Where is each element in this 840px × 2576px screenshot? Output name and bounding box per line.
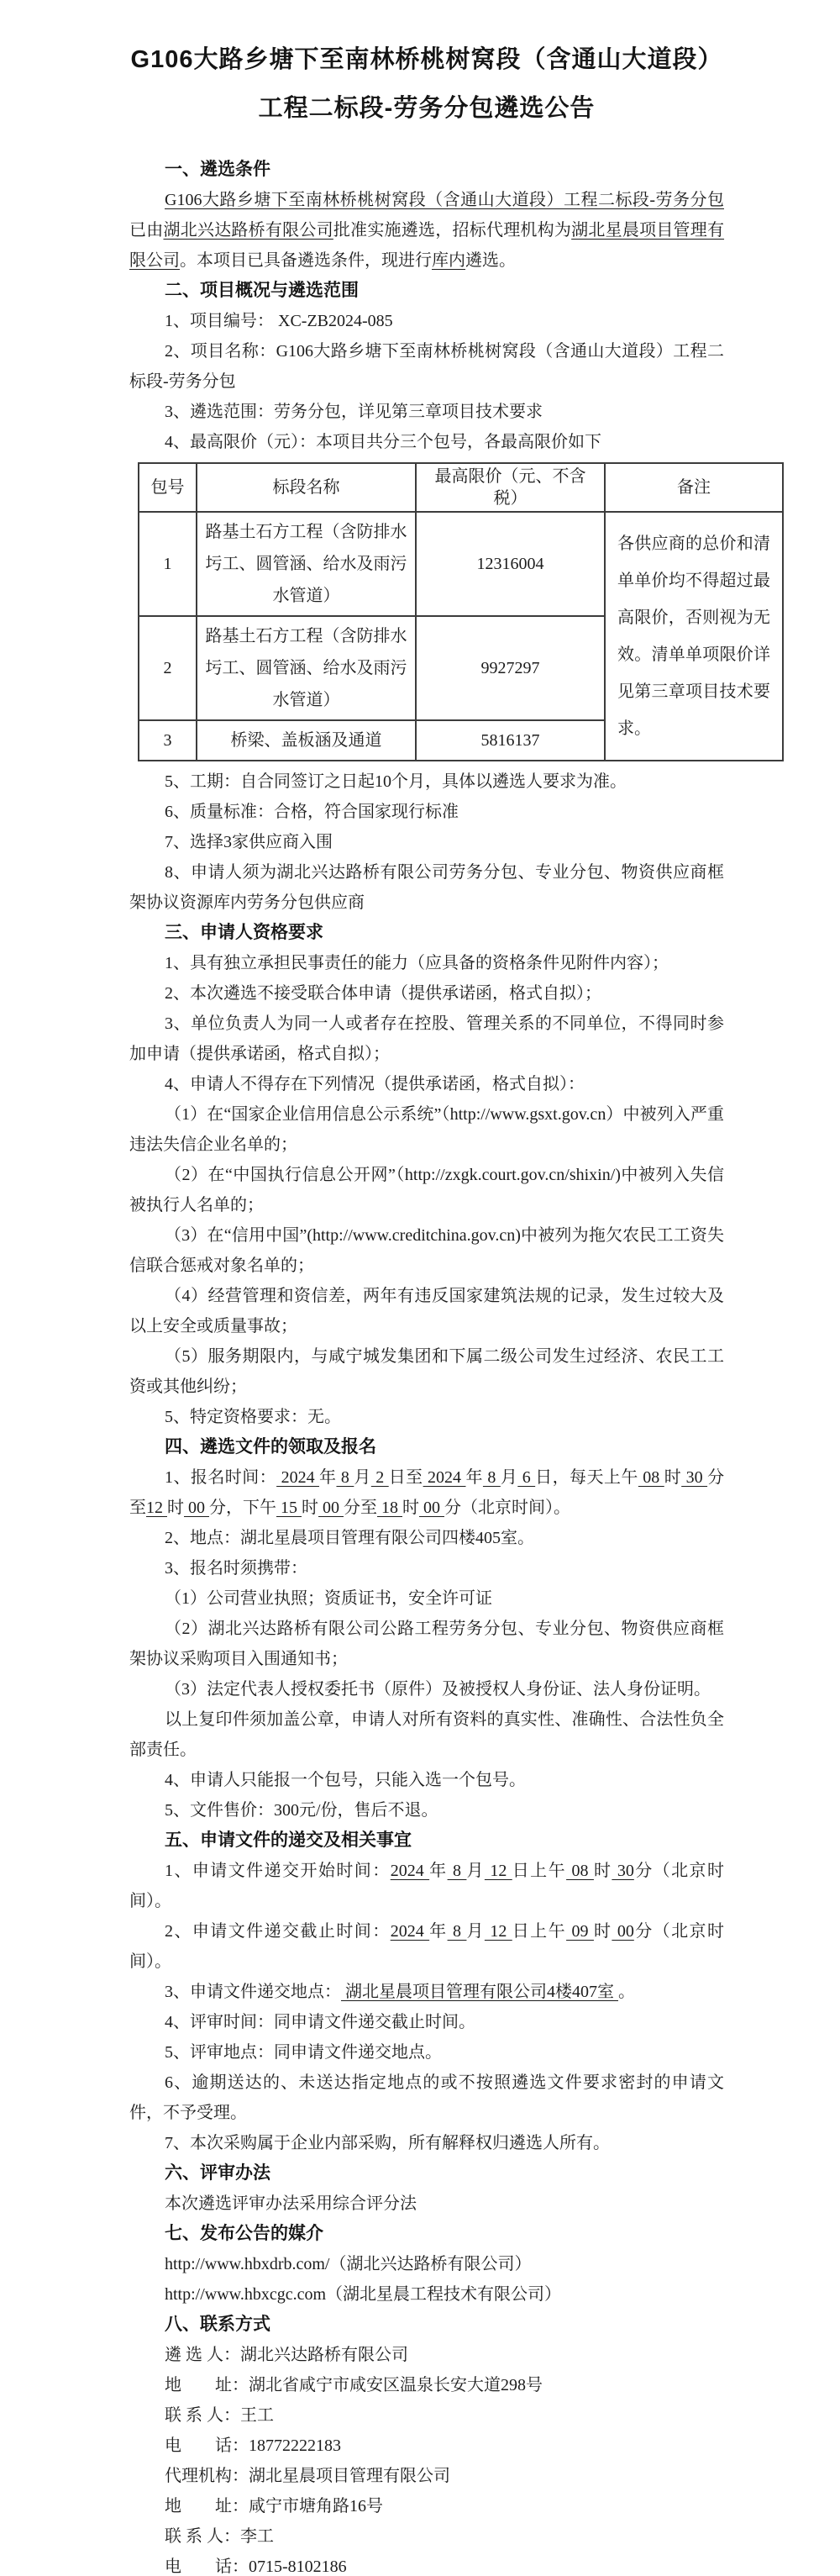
text-run: 地 址：咸宁市塘角路16号 [165,2497,383,2515]
text-run: 。 [618,1983,635,2001]
text-run: （2）在“中国执行信息公开网”（http://zxgk.court.gov.cn… [129,1166,724,1214]
table-header-cell: 标段名称 [197,463,416,512]
underlined-text: 8 [448,1922,467,1941]
underlined-text: 08 [566,1862,594,1880]
paragraph: 5、工期：自合同签订之日起10个月，具体以遴选人要求为准。 [129,766,724,797]
text-run: 8、申请人须为湖北兴达路桥有限公司劳务分包、专业分包、物资供应商框架协议资源库内… [129,863,724,912]
table-cell: 5816137 [416,720,605,761]
text-run: 7、本次采购属于企业内部采购，所有解释权归遴选人所有。 [165,2134,610,2152]
paragraph: 5、评审地点：同申请文件递交地点。 [129,2037,724,2068]
section-heading: 八、联系方式 [129,2310,724,2340]
paragraph: http://www.hbxdrb.com/（湖北兴达路桥有限公司） [129,2249,724,2279]
text-run: 1、报名时间： [165,1468,276,1487]
text-run: 日，每天上午 [535,1468,638,1487]
table-cell: 路基土石方工程（含防排水圬工、圆管涵、给水及雨污水管道） [197,616,416,720]
table-cell: 2 [139,616,197,720]
paragraph: 地 址：咸宁市塘角路16号 [129,2491,724,2521]
text-run: 三、申请人资格要求 [165,923,323,942]
text-run: （5）服务期限内，与咸宁城发集团和下属二级公司发生过经济、农民工工资或其他纠纷； [129,1347,724,1396]
section-heading: 七、发布公告的媒介 [129,2219,724,2249]
text-run: 联 系 人：李工 [165,2527,274,2546]
section-heading: 三、申请人资格要求 [129,918,724,948]
text-run: 年 [429,1922,447,1941]
text-run: 3、单位负责人为同一人或者存在控股、管理关系的不同单位，不得同时参加申请（提供承… [129,1014,724,1063]
text-run: 3、申请文件递交地点： [165,1983,341,2001]
underlined-text: 15 [276,1499,302,1517]
paragraph: G106大路乡塘下至南林桥桃树窝段（含通山大道段）工程二标段-劳务分包已由湖北兴… [129,185,724,276]
text-run: 1、项目编号： XC-ZB2024-085 [165,312,393,330]
text-run: 2、申请文件递交截止时间： [165,1922,391,1941]
table-cell: 桥梁、盖板涵及通道 [197,720,416,761]
text-run: 4、申请人不得存在下列情况（提供承诺函，格式自拟）： [165,1075,585,1093]
paragraph: 4、申请人不得存在下列情况（提供承诺函，格式自拟）： [129,1069,724,1099]
underlined-text: 00 [612,1922,633,1941]
paragraph: 地 址：湖北省咸宁市咸安区温泉长安大道298号 [129,2370,724,2400]
paragraph: （2）湖北兴达路桥有限公司公路工程劳务分包、专业分包、物资供应商框架协议采购项目… [129,1614,724,1674]
section-heading: 五、申请文件的递交及相关事宜 [129,1825,724,1856]
text-run: 分（北京时间）。 [444,1499,570,1517]
paragraph: 1、具有独立承担民事责任的能力（应具备的资格条件见附件内容）； [129,948,724,978]
paragraph: （3）在“信用中国”(http://www.creditchina.gov.cn… [129,1220,724,1281]
paragraph: 本次遴选评审办法采用综合评分法 [129,2189,724,2219]
text-run: 本次遴选评审办法采用综合评分法 [165,2194,417,2213]
table-cell: 3 [139,720,197,761]
text-run: （1）公司营业执照；资质证书，安全许可证 [165,1589,492,1608]
table-header-cell: 最高限价（元、不含税） [416,463,605,512]
text-run: （1）在“国家企业信用信息公示系统”（http://www.gsxt.gov.c… [129,1105,724,1154]
text-run: 代理机构：湖北星晨项目管理有限公司 [165,2467,450,2485]
paragraph: 电 话：18772222183 [129,2431,724,2461]
text-run: （3）法定代表人授权委托书（原件）及被授权人身份证、法人身份证明。 [165,1680,711,1699]
paragraph: 3、报名时须携带： [129,1553,724,1583]
paragraph: 2、项目名称：G106大路乡塘下至南林桥桃树窝段（含通山大道段）工程二标段-劳务… [129,336,724,397]
text-run: 年 [319,1468,336,1487]
paragraph: 4、评审时间：同申请文件递交截止时间。 [129,2007,724,2037]
remark-cell: 各供应商的总价和清单单价均不得超过最高限价，否则视为无效。清单单项限价详见第三章… [605,512,783,761]
text-run: （2）湖北兴达路桥有限公司公路工程劳务分包、专业分包、物资供应商框架协议采购项目… [129,1620,724,1668]
text-run: 2、地点：湖北星晨项目管理有限公司四楼405室。 [165,1529,534,1547]
document-body: 一、遴选条件G106大路乡塘下至南林桥桃树窝段（含通山大道段）工程二标段-劳务分… [129,155,724,2576]
paragraph: 3、单位负责人为同一人或者存在控股、管理关系的不同单位，不得同时参加申请（提供承… [129,1009,724,1069]
text-run: 5、特定资格要求：无。 [165,1408,341,1426]
paragraph: 5、特定资格要求：无。 [129,1402,724,1432]
underlined-text: 2024 [391,1862,429,1880]
text-run: 5、评审地点：同申请文件递交地点。 [165,2043,442,2062]
table-cell: 1 [139,512,197,616]
text-run: 四、遴选文件的领取及报名 [165,1437,376,1457]
underlined-text: 18 [377,1499,402,1517]
text-run: 时 [402,1499,419,1517]
underlined-text: 8 [448,1862,467,1880]
text-run: 以上复印件须加盖公章，申请人对所有资料的真实性、准确性、合法性负全部责任。 [129,1710,724,1759]
paragraph: 4、申请人只能报一个包号，只能入选一个包号。 [129,1765,724,1795]
paragraph: （5）服务期限内，与咸宁城发集团和下属二级公司发生过经济、农民工工资或其他纠纷； [129,1341,724,1402]
page-title-line-1: G106大路乡塘下至南林桥桃树窝段（含通山大道段） [129,35,724,84]
text-run: 1、具有独立承担民事责任的能力（应具备的资格条件见附件内容）； [165,954,669,972]
section-heading: 二、项目概况与遴选范围 [129,276,724,306]
page-title-line-2: 工程二标段-劳务分包遴选公告 [129,84,724,133]
table-header-cell: 包号 [139,463,197,512]
underlined-text: 08 [638,1468,664,1487]
paragraph: 7、本次采购属于企业内部采购，所有解释权归遴选人所有。 [129,2128,724,2158]
text-run: 联 系 人：王工 [165,2406,274,2425]
paragraph: 6、逾期送达的、未送达指定地点的或不按照遴选文件要求密封的申请文件，不予受理。 [129,2068,724,2128]
paragraph: 2、地点：湖北星晨项目管理有限公司四楼405室。 [129,1523,724,1553]
underlined-text: 00 [419,1499,444,1517]
text-run: 五、申请文件的递交及相关事宜 [165,1831,412,1850]
text-run: 日上午 [512,1922,566,1941]
underlined-text: 12 [485,1862,512,1880]
underlined-text: 30 [612,1862,633,1880]
table-cell: 路基土石方工程（含防排水圬工、圆管涵、给水及雨污水管道） [197,512,416,616]
underlined-text: G106大路乡塘下至南林桥桃树窝段（含通山大道段）工程二标段-劳务分包 [165,191,724,209]
text-run: 时 [167,1499,184,1517]
underlined-text: 12 [146,1499,167,1517]
text-run: 分至 [344,1499,377,1517]
section-heading: 一、遴选条件 [129,155,724,185]
text-run: 月 [354,1468,370,1487]
document-title: G106大路乡塘下至南林桥桃树窝段（含通山大道段） 工程二标段-劳务分包遴选公告 [129,35,724,133]
text-run: 遴选。 [465,251,516,270]
text-run: 电 话：0715-8102186 [165,2558,347,2576]
table-header-row: 包号标段名称最高限价（元、不含税）备注 [139,463,783,512]
text-run: 。本项目已具备遴选条件，现进行 [180,251,432,270]
text-run: 月 [466,1922,484,1941]
document-page: G106大路乡塘下至南林桥桃树窝段（含通山大道段） 工程二标段-劳务分包遴选公告… [0,0,840,2576]
text-run: 5、文件售价：300元/份，售后不退。 [165,1801,438,1820]
text-run: 日上午 [512,1862,566,1880]
table-header-cell: 备注 [605,463,783,512]
underlined-text: 湖北兴达路桥有限公司 [163,221,333,240]
paragraph: 以上复印件须加盖公章，申请人对所有资料的真实性、准确性、合法性负全部责任。 [129,1704,724,1765]
text-run: 时 [664,1468,681,1487]
text-run: 5、工期：自合同签订之日起10个月，具体以遴选人要求为准。 [165,772,627,791]
text-run: 月 [466,1862,484,1880]
paragraph: 7、选择3家供应商入围 [129,827,724,857]
text-run: 电 话：18772222183 [165,2436,341,2455]
underlined-text: 2 [371,1468,389,1487]
paragraph: （1）公司营业执照；资质证书，安全许可证 [129,1583,724,1614]
underlined-text: 09 [566,1922,594,1941]
text-run: 1、申请文件递交开始时间： [165,1862,391,1880]
paragraph: 电 话：0715-8102186 [129,2552,724,2576]
underlined-text: 湖北星晨项目管理有限公司4楼407室 [341,1983,618,2001]
underlined-text: 30 [681,1468,707,1487]
section-heading: 六、评审办法 [129,2158,724,2189]
table-cell: 9927297 [416,616,605,720]
paragraph: 2、本次遴选不接受联合体申请（提供承诺函，格式自拟）； [129,978,724,1009]
text-run: 遴 选 人：湖北兴达路桥有限公司 [165,2346,408,2364]
underlined-text: 00 [184,1499,209,1517]
paragraph: 遴 选 人：湖北兴达路桥有限公司 [129,2340,724,2370]
text-run: 6、逾期送达的、未送达指定地点的或不按照遴选文件要求密封的申请文件，不予受理。 [129,2073,724,2122]
underlined-text: 8 [483,1468,501,1487]
text-run: 月 [501,1468,517,1487]
text-run: 3、遴选范围：劳务分包，详见第三章项目技术要求 [165,403,543,421]
underlined-text: 12 [485,1922,512,1941]
text-run: 7、选择3家供应商入围 [165,833,333,851]
paragraph: 联 系 人：王工 [129,2400,724,2431]
text-run: http://www.hbxdrb.com/（湖北兴达路桥有限公司） [165,2255,531,2273]
table-row: 1路基土石方工程（含防排水圬工、圆管涵、给水及雨污水管道）12316004各供应… [139,512,783,616]
text-run: 日至 [389,1468,423,1487]
paragraph: 4、最高限价（元）：本项目共分三个包号，各最高限价如下 [129,427,724,457]
underlined-text: 8 [336,1468,354,1487]
text-run: 已由 [129,221,163,240]
paragraph: 代理机构：湖北星晨项目管理有限公司 [129,2461,724,2491]
section-heading: 四、遴选文件的领取及报名 [129,1432,724,1462]
text-run: 二、项目概况与遴选范围 [165,281,359,300]
paragraph: 1、申请文件递交开始时间：2024 年 8 月 12 日上午 08 时 30分（… [129,1856,724,1916]
text-run: 批准实施遴选，招标代理机构为 [333,221,571,240]
text-run: （4）经营管理和资信差，两年有违反国家建筑法规的记录，发生过较大及以上安全或质量… [129,1287,724,1335]
underlined-text: 6 [517,1468,535,1487]
paragraph: （4）经营管理和资信差，两年有违反国家建筑法规的记录，发生过较大及以上安全或质量… [129,1281,724,1341]
text-run: 年 [465,1468,482,1487]
paragraph: 3、遴选范围：劳务分包，详见第三章项目技术要求 [129,397,724,427]
text-run: 3、报名时须携带： [165,1559,307,1578]
text-run: 4、申请人只能报一个包号，只能入选一个包号。 [165,1771,526,1789]
paragraph: 6、质量标准：合格，符合国家现行标准 [129,797,724,827]
text-run: 年 [429,1862,447,1880]
paragraph: 1、项目编号： XC-ZB2024-085 [129,306,724,336]
text-run: 一、遴选条件 [165,160,270,179]
text-run: 4、最高限价（元）：本项目共分三个包号，各最高限价如下 [165,433,601,451]
paragraph: 8、申请人须为湖北兴达路桥有限公司劳务分包、专业分包、物资供应商框架协议资源库内… [129,857,724,918]
paragraph: 联 系 人：李工 [129,2521,724,2552]
price-table: 包号标段名称最高限价（元、不含税）备注1路基土石方工程（含防排水圬工、圆管涵、给… [138,462,784,761]
text-run: 2、本次遴选不接受联合体申请（提供承诺函，格式自拟）； [165,984,601,1003]
table-cell: 12316004 [416,512,605,616]
paragraph: http://www.hbxcgc.com（湖北星晨工程技术有限公司） [129,2279,724,2310]
underlined-text: 库内 [432,251,465,270]
text-run: 时 [594,1862,612,1880]
text-run: 七、发布公告的媒介 [165,2224,323,2243]
underlined-text: 2024 [423,1468,466,1487]
text-run: 4、评审时间：同申请文件递交截止时间。 [165,2013,475,2031]
paragraph: 5、文件售价：300元/份，售后不退。 [129,1795,724,1825]
underlined-text: 2024 [276,1468,319,1487]
text-run: 6、质量标准：合格，符合国家现行标准 [165,803,459,821]
text-run: 分，下午 [209,1499,276,1517]
text-run: http://www.hbxcgc.com（湖北星晨工程技术有限公司） [165,2285,561,2304]
text-run: 时 [594,1922,612,1941]
text-run: 地 址：湖北省咸宁市咸安区温泉长安大道298号 [165,2376,543,2394]
text-run: （3）在“信用中国”(http://www.creditchina.gov.cn… [129,1226,724,1275]
underlined-text: 2024 [391,1922,429,1941]
text-run: 六、评审办法 [165,2163,270,2183]
paragraph: 2、申请文件递交截止时间：2024 年 8 月 12 日上午 09 时 00分（… [129,1916,724,1977]
paragraph: 3、申请文件递交地点： 湖北星晨项目管理有限公司4楼407室 。 [129,1977,724,2007]
text-run: 2、项目名称：G106大路乡塘下至南林桥桃树窝段（含通山大道段）工程二标段-劳务… [129,342,724,391]
paragraph: （1）在“国家企业信用信息公示系统”（http://www.gsxt.gov.c… [129,1099,724,1160]
paragraph: （2）在“中国执行信息公开网”（http://zxgk.court.gov.cn… [129,1160,724,1220]
paragraph: （3）法定代表人授权委托书（原件）及被授权人身份证、法人身份证明。 [129,1674,724,1704]
underlined-text: 00 [318,1499,344,1517]
text-run: 时 [302,1499,318,1517]
text-run: 八、联系方式 [165,2315,270,2334]
paragraph: 1、报名时间： 2024 年 8 月 2 日至 2024 年 8 月 6 日，每… [129,1462,724,1523]
